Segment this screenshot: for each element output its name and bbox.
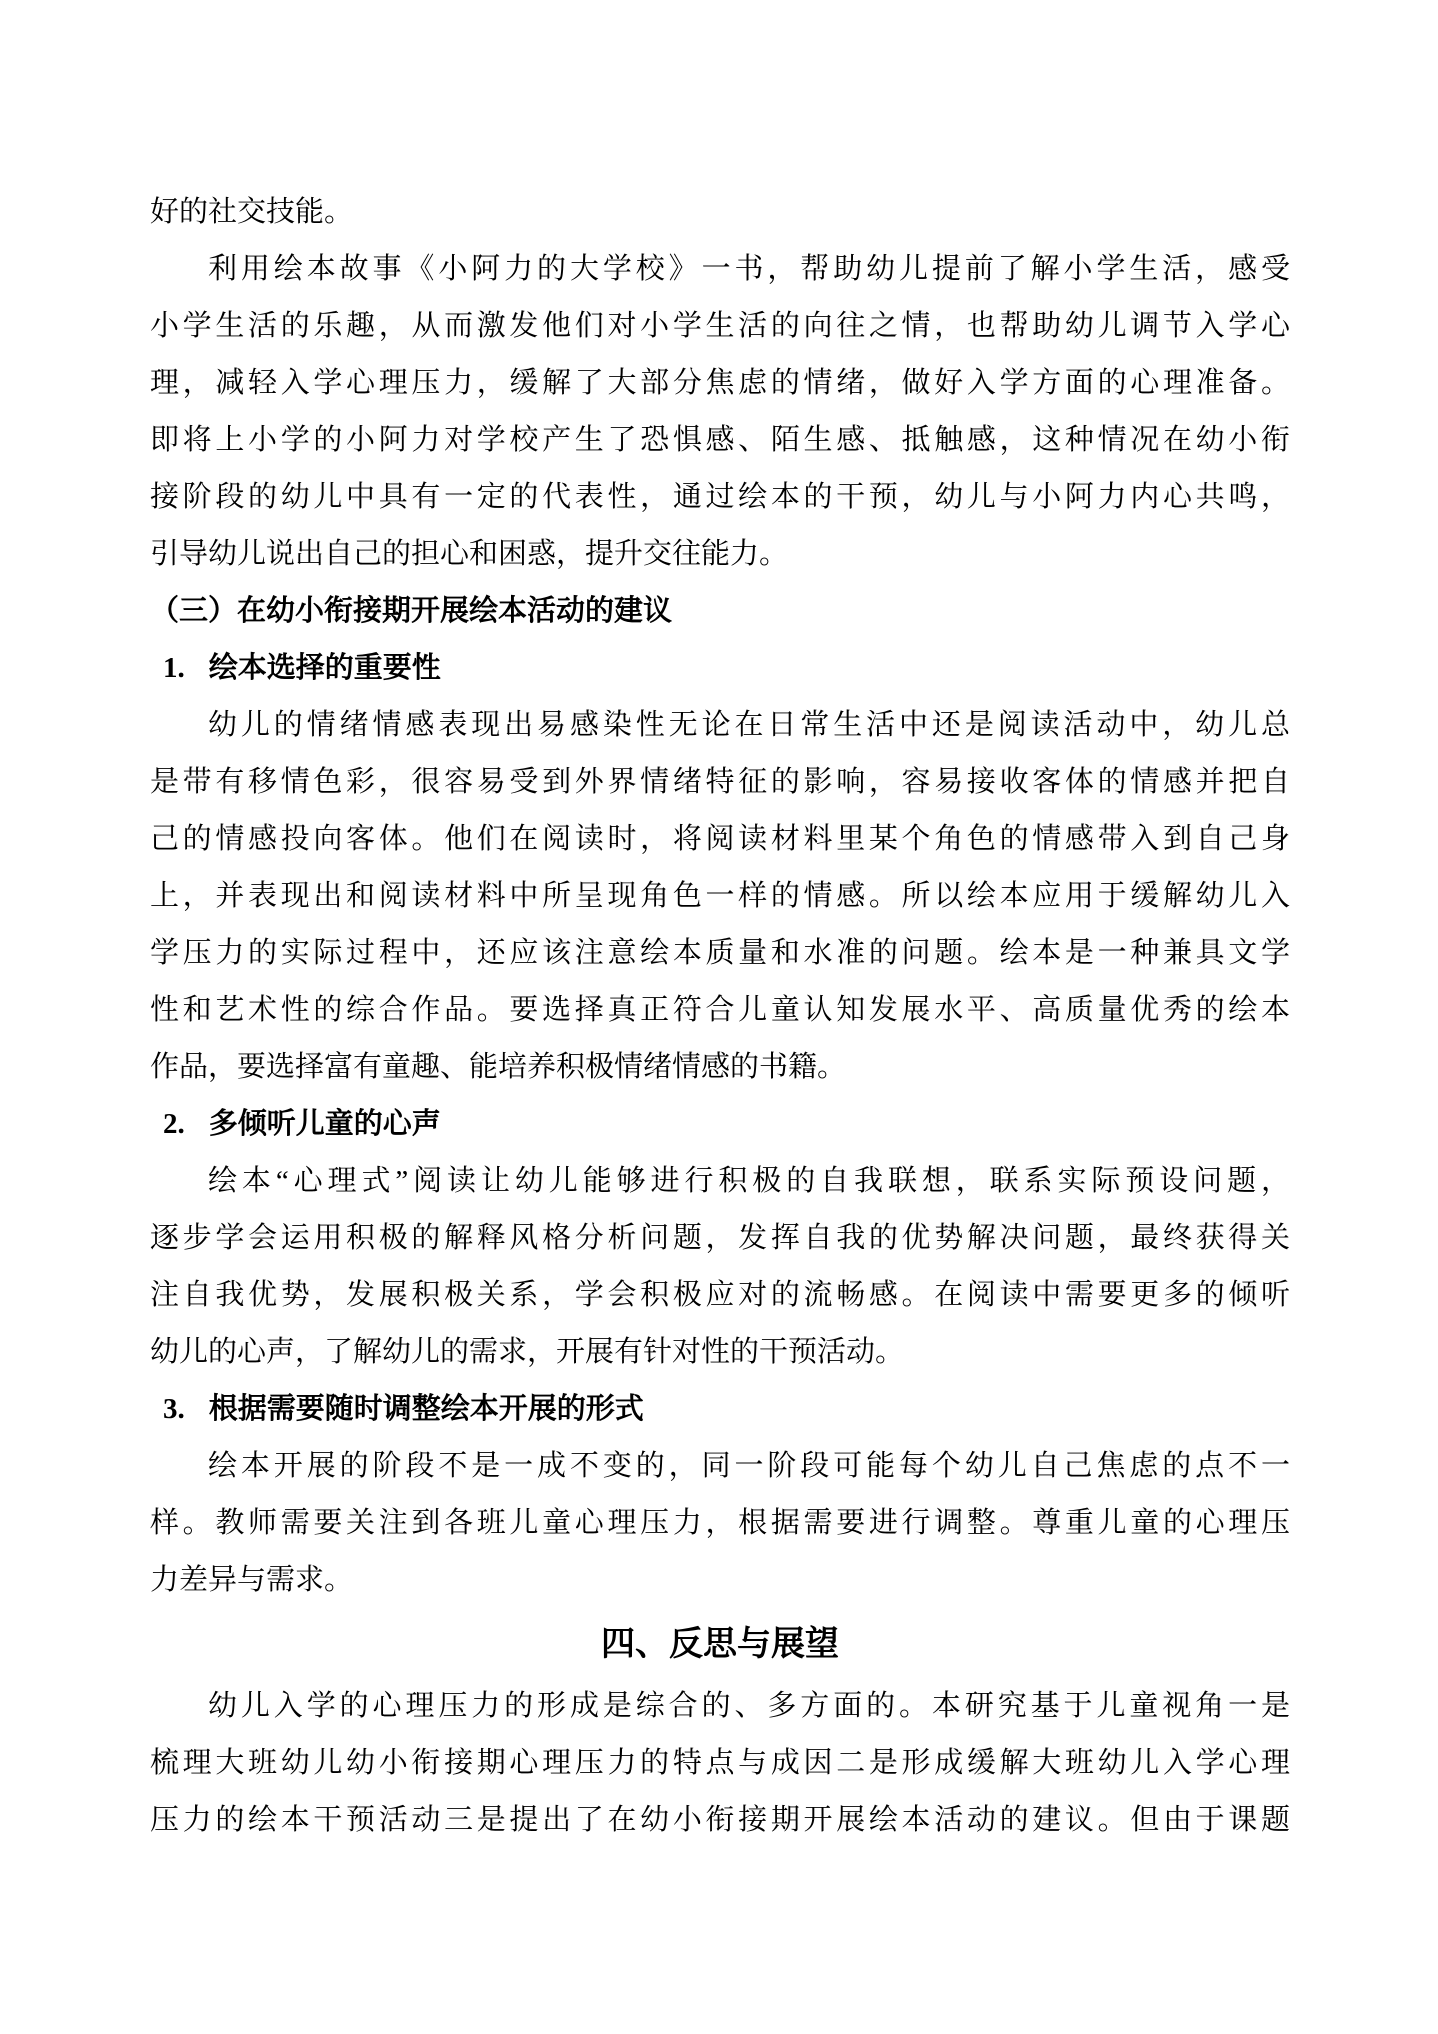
body-line: 样。教师需要关注到各班儿童心理压力，根据需要进行调整。尊重儿童的心理压 bbox=[150, 1495, 1290, 1552]
body-line: 学压力的实际过程中，还应该注意绘本质量和水准的问题。绘本是一种兼具文学 bbox=[150, 925, 1290, 982]
numbered-subheading: 1.绘本选择的重要性 bbox=[150, 640, 1290, 697]
chapter-heading: 四、反思与展望 bbox=[150, 1612, 1290, 1676]
body-line: 梳理大班幼儿幼小衔接期心理压力的特点与成因二是形成缓解大班幼儿入学心理 bbox=[150, 1735, 1290, 1792]
numbered-subheading: 3.根据需要随时调整绘本开展的形式 bbox=[150, 1381, 1290, 1438]
paragraph-last-line: 作品，要选择富有童趣、能培养积极情绪情感的书籍。 bbox=[150, 1039, 1290, 1096]
document-page: 好的社交技能。 利用绘本故事《小阿力的大学校》一书，帮助幼儿提前了解小学生活，感… bbox=[0, 0, 1438, 2034]
paragraph-first-line: 绘本“心理式”阅读让幼儿能够进行积极的自我联想，联系实际预设问题， bbox=[150, 1153, 1290, 1210]
body-line: 性和艺术性的综合作品。要选择真正符合儿童认知发展水平、高质量优秀的绘本 bbox=[150, 982, 1290, 1039]
body-line: 逐步学会运用积极的解释风格分析问题，发挥自我的优势解决问题，最终获得关 bbox=[150, 1210, 1290, 1267]
paragraph-first-line: 利用绘本故事《小阿力的大学校》一书，帮助幼儿提前了解小学生活，感受 bbox=[150, 241, 1290, 298]
subheading-title: 根据需要随时调整绘本开展的形式 bbox=[209, 1393, 644, 1425]
numbered-subheading: 2.多倾听儿童的心声 bbox=[150, 1096, 1290, 1153]
paragraph-last-line: 好的社交技能。 bbox=[150, 184, 1290, 241]
paragraph-first-line: 幼儿的情绪情感表现出易感染性无论在日常生活中还是阅读活动中，幼儿总 bbox=[150, 697, 1290, 754]
body-line: 上，并表现出和阅读材料中所呈现角色一样的情感。所以绘本应用于缓解幼儿入 bbox=[150, 868, 1290, 925]
body-line: 是带有移情色彩，很容易受到外界情绪特征的影响，容易接收客体的情感并把自 bbox=[150, 754, 1290, 811]
paragraph-first-line: 绘本开展的阶段不是一成不变的，同一阶段可能每个幼儿自己焦虑的点不一 bbox=[150, 1438, 1290, 1495]
paragraph-last-line: 力差异与需求。 bbox=[150, 1552, 1290, 1609]
paragraph-last-line: 幼儿的心声，了解幼儿的需求，开展有针对性的干预活动。 bbox=[150, 1324, 1290, 1381]
body-line: 理，减轻入学心理压力，缓解了大部分焦虑的情绪，做好入学方面的心理准备。 bbox=[150, 355, 1290, 412]
body-line: 己的情感投向客体。他们在阅读时，将阅读材料里某个角色的情感带入到自己身 bbox=[150, 811, 1290, 868]
body-line: 接阶段的幼儿中具有一定的代表性，通过绘本的干预，幼儿与小阿力内心共鸣， bbox=[150, 469, 1290, 526]
subheading-title: 绘本选择的重要性 bbox=[209, 652, 441, 684]
body-line: 小学生活的乐趣，从而激发他们对小学生活的向往之情，也帮助幼儿调节入学心 bbox=[150, 298, 1290, 355]
subheading-title: 多倾听儿童的心声 bbox=[209, 1108, 441, 1140]
paragraph-first-line: 幼儿入学的心理压力的形成是综合的、多方面的。本研究基于儿童视角一是 bbox=[150, 1678, 1290, 1735]
subheading-number: 2. bbox=[163, 1108, 185, 1140]
body-line: 压力的绘本干预活动三是提出了在幼小衔接期开展绘本活动的建议。但由于课题 bbox=[150, 1792, 1290, 1849]
section-heading: （三）在幼小衔接期开展绘本活动的建议 bbox=[150, 583, 1290, 640]
subheading-number: 1. bbox=[163, 652, 185, 684]
body-line: 即将上小学的小阿力对学校产生了恐惧感、陌生感、抵触感，这种情况在幼小衔 bbox=[150, 412, 1290, 469]
body-line: 注自我优势，发展积极关系，学会积极应对的流畅感。在阅读中需要更多的倾听 bbox=[150, 1267, 1290, 1324]
subheading-number: 3. bbox=[163, 1393, 185, 1425]
paragraph-last-line: 引导幼儿说出自己的担心和困惑，提升交往能力。 bbox=[150, 526, 1290, 583]
